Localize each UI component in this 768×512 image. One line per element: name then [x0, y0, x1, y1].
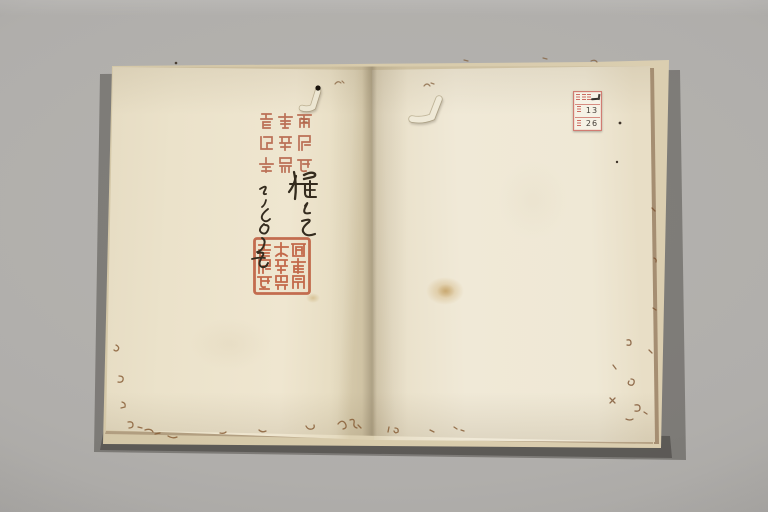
- title-left-column: [252, 187, 270, 267]
- label-printed-red-text: [576, 94, 580, 101]
- call-number-label: 13 26: [573, 91, 602, 131]
- right-page: [0, 0, 768, 512]
- paper-ties: [0, 0, 768, 512]
- page-stain: [190, 318, 270, 370]
- photo-vignette: [0, 0, 768, 512]
- call-number-row2: 13: [583, 106, 601, 116]
- paper-tie-left: [302, 85, 321, 108]
- label-printed-red-text: [582, 94, 586, 101]
- rect-library-seal-stamp: [0, 0, 768, 512]
- worm-damage-marks: [0, 0, 768, 512]
- page-stain: [426, 277, 464, 305]
- worm-damage-right-edge: [610, 208, 656, 420]
- dark-specks: [175, 62, 622, 164]
- tie-knot-dot: [315, 85, 320, 90]
- label-rule: [575, 117, 600, 118]
- page-stain: [306, 293, 320, 303]
- worm-damage-left-bottom: [114, 345, 464, 438]
- book-cover-edge: [0, 0, 768, 512]
- handwritten-title-calligraphy: [0, 0, 768, 512]
- label-printed-red-text: [577, 120, 581, 127]
- page-stain: [437, 284, 455, 298]
- page-stain: [498, 160, 568, 240]
- title-right-column: [289, 172, 317, 235]
- label-printed-red-text: [577, 106, 581, 113]
- bottom-edge-line: [0, 0, 768, 512]
- worm-damage-top: [301, 58, 597, 122]
- fore-edge-line: [0, 0, 768, 512]
- call-number-row3: 26: [583, 119, 601, 129]
- book-cast-shadow-bottom: [0, 0, 768, 512]
- gutter-shading: [0, 0, 768, 512]
- book-cast-shadow: [0, 0, 768, 512]
- photograph-of-open-book: 13 26: [0, 0, 768, 512]
- left-page: [0, 0, 768, 512]
- paper-tie-right: [412, 99, 439, 120]
- square-library-seal-stamp: [0, 0, 768, 512]
